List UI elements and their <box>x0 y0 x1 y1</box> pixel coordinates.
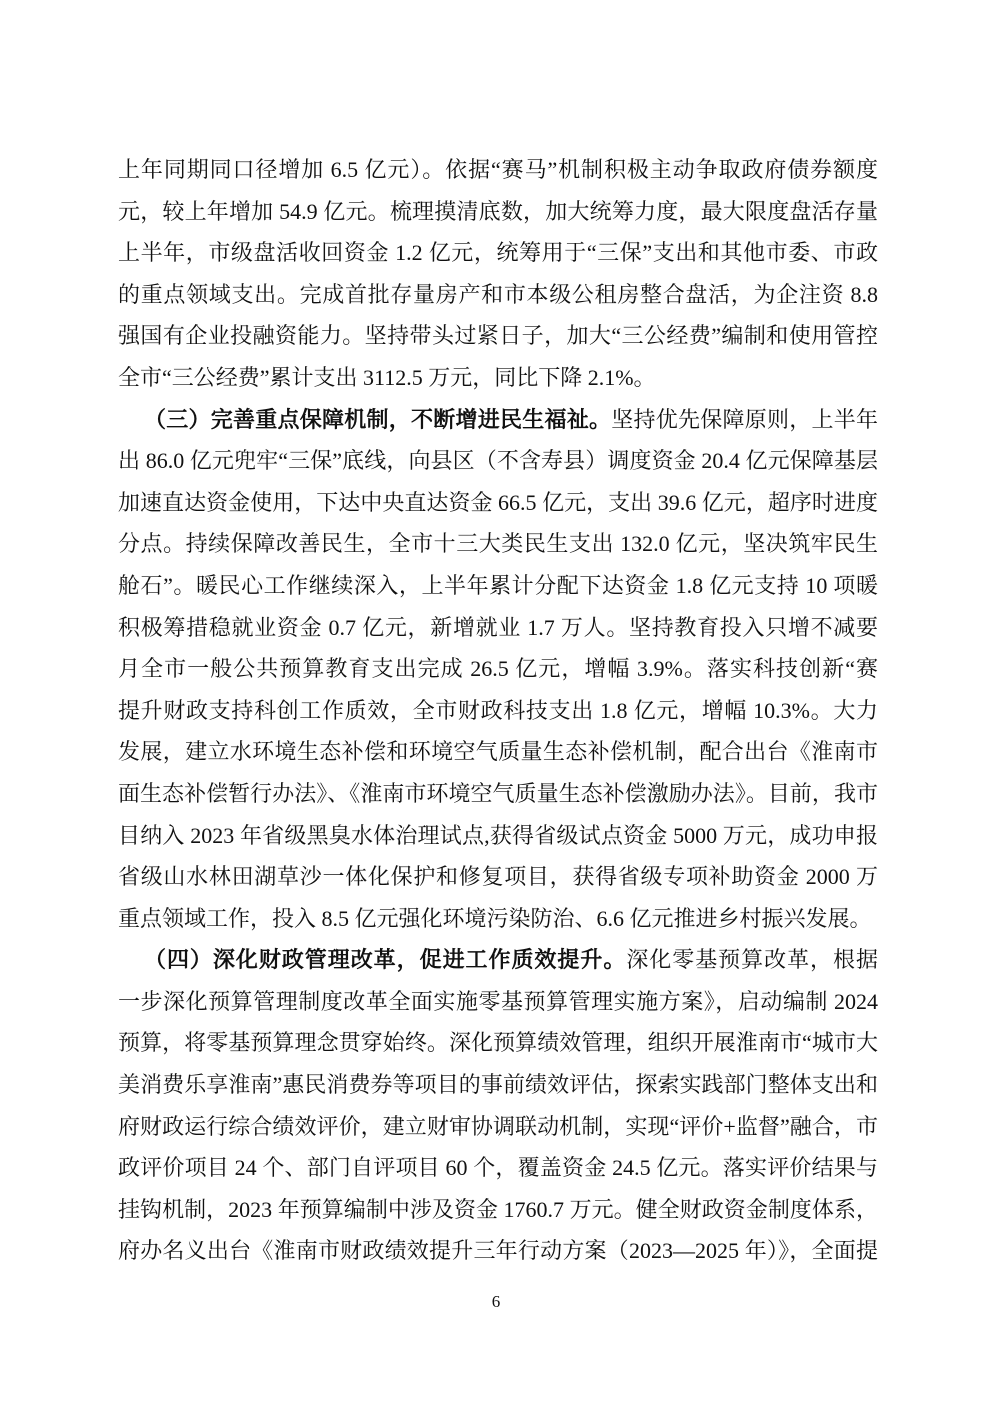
line-text: 的重点领域支出。完成首批存量房产和市本级公租房整合盘活，为企注资 8.8 亿元，… <box>118 282 878 316</box>
document-body: 上年同期同口径增加 6.5 亿元）。依据“赛马”机制积极主动争取政府债券额度 1… <box>118 149 878 1272</box>
line-text: 强国有企业投融资能力。坚持带头过紧日子，加大“三公经费”编制和使用管控力度， <box>118 323 878 357</box>
line-text: 全市“三公经费”累计支出 3112.5 万元，同比下降 2.1%。 <box>118 365 656 390</box>
paragraph-2-line-9: 发展，建立水环境生态补偿和环境空气质量生态补偿机制，配合出台《淮南市地表水断 <box>118 731 878 773</box>
paragraph-2-line-6: 积极筹措稳就业资金 0.7 亿元，新增就业 1.7 万人。坚持教育投入只增不减要… <box>118 607 878 649</box>
line-text: 发展，建立水环境生态补偿和环境空气质量生态补偿机制，配合出台《淮南市地表水断 <box>118 739 878 773</box>
line-text: 目纳入 2023 年省级黑臭水体治理试点,获得省级试点资金 5000 万元，成功… <box>118 823 878 857</box>
document-page: 上年同期同口径增加 6.5 亿元）。依据“赛马”机制积极主动争取政府债券额度 1… <box>0 0 992 1403</box>
line-text: 面生态补偿暂行办法》、《淮南市环境空气质量生态补偿激励办法》。目前，我市 2 个… <box>118 781 878 815</box>
paragraph-2-line-10: 面生态补偿暂行办法》、《淮南市环境空气质量生态补偿激励办法》。目前，我市 2 个… <box>118 773 878 815</box>
paragraph-3-line-6: 政评价项目 24 个、部门自评项目 60 个，覆盖资金 24.5 亿元。落实评价… <box>118 1147 878 1189</box>
line-text: 上年同期同口径增加 6.5 亿元）。依据“赛马”机制积极主动争取政府债券额度 1… <box>118 157 878 191</box>
paragraph-1-line-3: 上半年，市级盘活收回资金 1.2 亿元，统筹用于“三保”支出和其他市委、市政府确… <box>118 232 878 274</box>
paragraph-2-line-4: 分点。持续保障改善民生，全市十三大类民生支出 132.0 亿元，坚决筑牢民生工作… <box>118 523 878 565</box>
paragraph-2-heading: （三）完善重点保障机制，不断增进民生福祉。 <box>144 407 611 432</box>
line-text: 省级山水林田湖草沙一体化保护和修复项目，获得省级专项补助资金 2000 万元。支… <box>118 864 878 898</box>
paragraph-2-line-1: （三）完善重点保障机制，不断增进民生福祉。坚持优先保障原则，上半年累计支 <box>118 399 878 441</box>
line-text: 一步深化预算管理制度改革全面实施零基预算管理实施方案》，启动编制 2024 年市… <box>118 989 878 1023</box>
line-text: 提升财政支持科创工作质效，全市财政科技支出 1.8 亿元，增幅 10.3%。大力… <box>118 698 878 732</box>
line-text: 积极筹措稳就业资金 0.7 亿元，新增就业 1.7 万人。坚持教育投入只增不减要… <box>118 615 878 649</box>
paragraph-1-line-1: 上年同期同口径增加 6.5 亿元）。依据“赛马”机制积极主动争取政府债券额度 1… <box>118 149 878 191</box>
paragraph-3-line-1: （四）深化财政管理改革，促进工作质效提升。深化零基预算改革，根据《关于进 <box>118 939 878 981</box>
paragraph-3-line-4: 美消费乐享淮南”惠民消费券等项目的事前绩效评估，探索实践部门整体支出和下级政 <box>118 1064 878 1106</box>
paragraph-3-line-2: 一步深化预算管理制度改革全面实施零基预算管理实施方案》，启动编制 2024 年市… <box>118 981 878 1023</box>
paragraph-2-line-12: 省级山水林田湖草沙一体化保护和修复项目，获得省级专项补助资金 2000 万元。支… <box>118 856 878 898</box>
line-text: 加速直达资金使用，下达中央直达资金 66.5 亿元，支出 39.6 亿元，超序时… <box>118 490 878 524</box>
page-number: 6 <box>0 1291 992 1313</box>
paragraph-3-line-5: 府财政运行综合绩效评价，建立财审协调联动机制，实现“评价+监督”融合，市级财 <box>118 1106 878 1148</box>
line-text: 府办名义出台《淮南市财政绩效提升三年行动方案（2023—2025 年）》，全面提… <box>118 1238 878 1272</box>
paragraph-2-line-8: 提升财政支持科创工作质效，全市财政科技支出 1.8 亿元，增幅 10.3%。大力… <box>118 690 878 732</box>
paragraph-3-heading: （四）深化财政管理改革，促进工作质效提升。 <box>144 947 626 972</box>
paragraph-2-line-3: 加速直达资金使用，下达中央直达资金 66.5 亿元，支出 39.6 亿元，超序时… <box>118 482 878 524</box>
paragraph-2-line-13: 重点领域工作，投入 8.5 亿元强化环境污染防治、6.6 亿元推进乡村振兴发展。 <box>118 898 878 940</box>
line-text: 政评价项目 24 个、部门自评项目 60 个，覆盖资金 24.5 亿元。落实评价… <box>118 1155 878 1189</box>
paragraph-3-line-7: 挂钩机制，2023 年预算编制中涉及资金 1760.7 万元。健全财政资金制度体… <box>118 1189 878 1231</box>
line-text: 美消费乐享淮南”惠民消费券等项目的事前绩效评估，探索实践部门整体支出和下级政 <box>118 1072 878 1106</box>
paragraph-3-line-8: 府办名义出台《淮南市财政绩效提升三年行动方案（2023—2025 年）》，全面提… <box>118 1230 878 1272</box>
paragraph-2-line-2: 出 86.0 亿元兜牢“三保”底线，向县区（不含寿县）调度资金 20.4 亿元保… <box>118 440 878 482</box>
line-text: 预算，将零基预算理念贯穿始终。深化预算绩效管理，组织开展淮南市“城市大脑”、“皖 <box>118 1030 878 1064</box>
paragraph-1-line-5: 强国有企业投融资能力。坚持带头过紧日子，加大“三公经费”编制和使用管控力度， <box>118 315 878 357</box>
paragraph-3-line-3: 预算，将零基预算理念贯穿始终。深化预算绩效管理，组织开展淮南市“城市大脑”、“皖 <box>118 1022 878 1064</box>
line-text: 出 86.0 亿元兜牢“三保”底线，向县区（不含寿县）调度资金 20.4 亿元保… <box>118 448 878 482</box>
line-text: 月全市一般公共预算教育支出完成 26.5 亿元，增幅 3.9%。落实科技创新“赛… <box>118 656 878 690</box>
line-text: 挂钩机制，2023 年预算编制中涉及资金 1760.7 万元。健全财政资金制度体… <box>118 1197 878 1231</box>
line-text: 上半年，市级盘活收回资金 1.2 亿元，统筹用于“三保”支出和其他市委、市政府确… <box>118 240 878 274</box>
paragraph-2-line-11: 目纳入 2023 年省级黑臭水体治理试点,获得省级试点资金 5000 万元，成功… <box>118 815 878 857</box>
paragraph-1-line-2: 元，较上年增加 54.9 亿元。梳理摸清底数，加大统筹力度，最大限度盘活存量资产… <box>118 191 878 233</box>
paragraph-1-line-4: 的重点领域支出。完成首批存量房产和市本级公租房整合盘活，为企注资 8.8 亿元，… <box>118 274 878 316</box>
line-text: 府财政运行综合绩效评价，建立财审协调联动机制，实现“评价+监督”融合，市级财 <box>118 1114 878 1148</box>
line-text: 舱石”。暖民心工作继续深入，上半年累计分配下达资金 1.8 亿元支持 10 项暖… <box>118 573 878 607</box>
paragraph-1-line-6: 全市“三公经费”累计支出 3112.5 万元，同比下降 2.1%。 <box>118 357 878 399</box>
paragraph-2-line-5: 舱石”。暖民心工作继续深入，上半年累计分配下达资金 1.8 亿元支持 10 项暖… <box>118 565 878 607</box>
line-text: 分点。持续保障改善民生，全市十三大类民生支出 132.0 亿元，坚决筑牢民生工作… <box>118 531 878 565</box>
line-text: 元，较上年增加 54.9 亿元。梳理摸清底数，加大统筹力度，最大限度盘活存量资产… <box>118 199 878 233</box>
paragraph-2-line-7: 月全市一般公共预算教育支出完成 26.5 亿元，增幅 3.9%。落实科技创新“赛… <box>118 648 878 690</box>
line-text: 重点领域工作，投入 8.5 亿元强化环境污染防治、6.6 亿元推进乡村振兴发展。 <box>118 906 872 931</box>
